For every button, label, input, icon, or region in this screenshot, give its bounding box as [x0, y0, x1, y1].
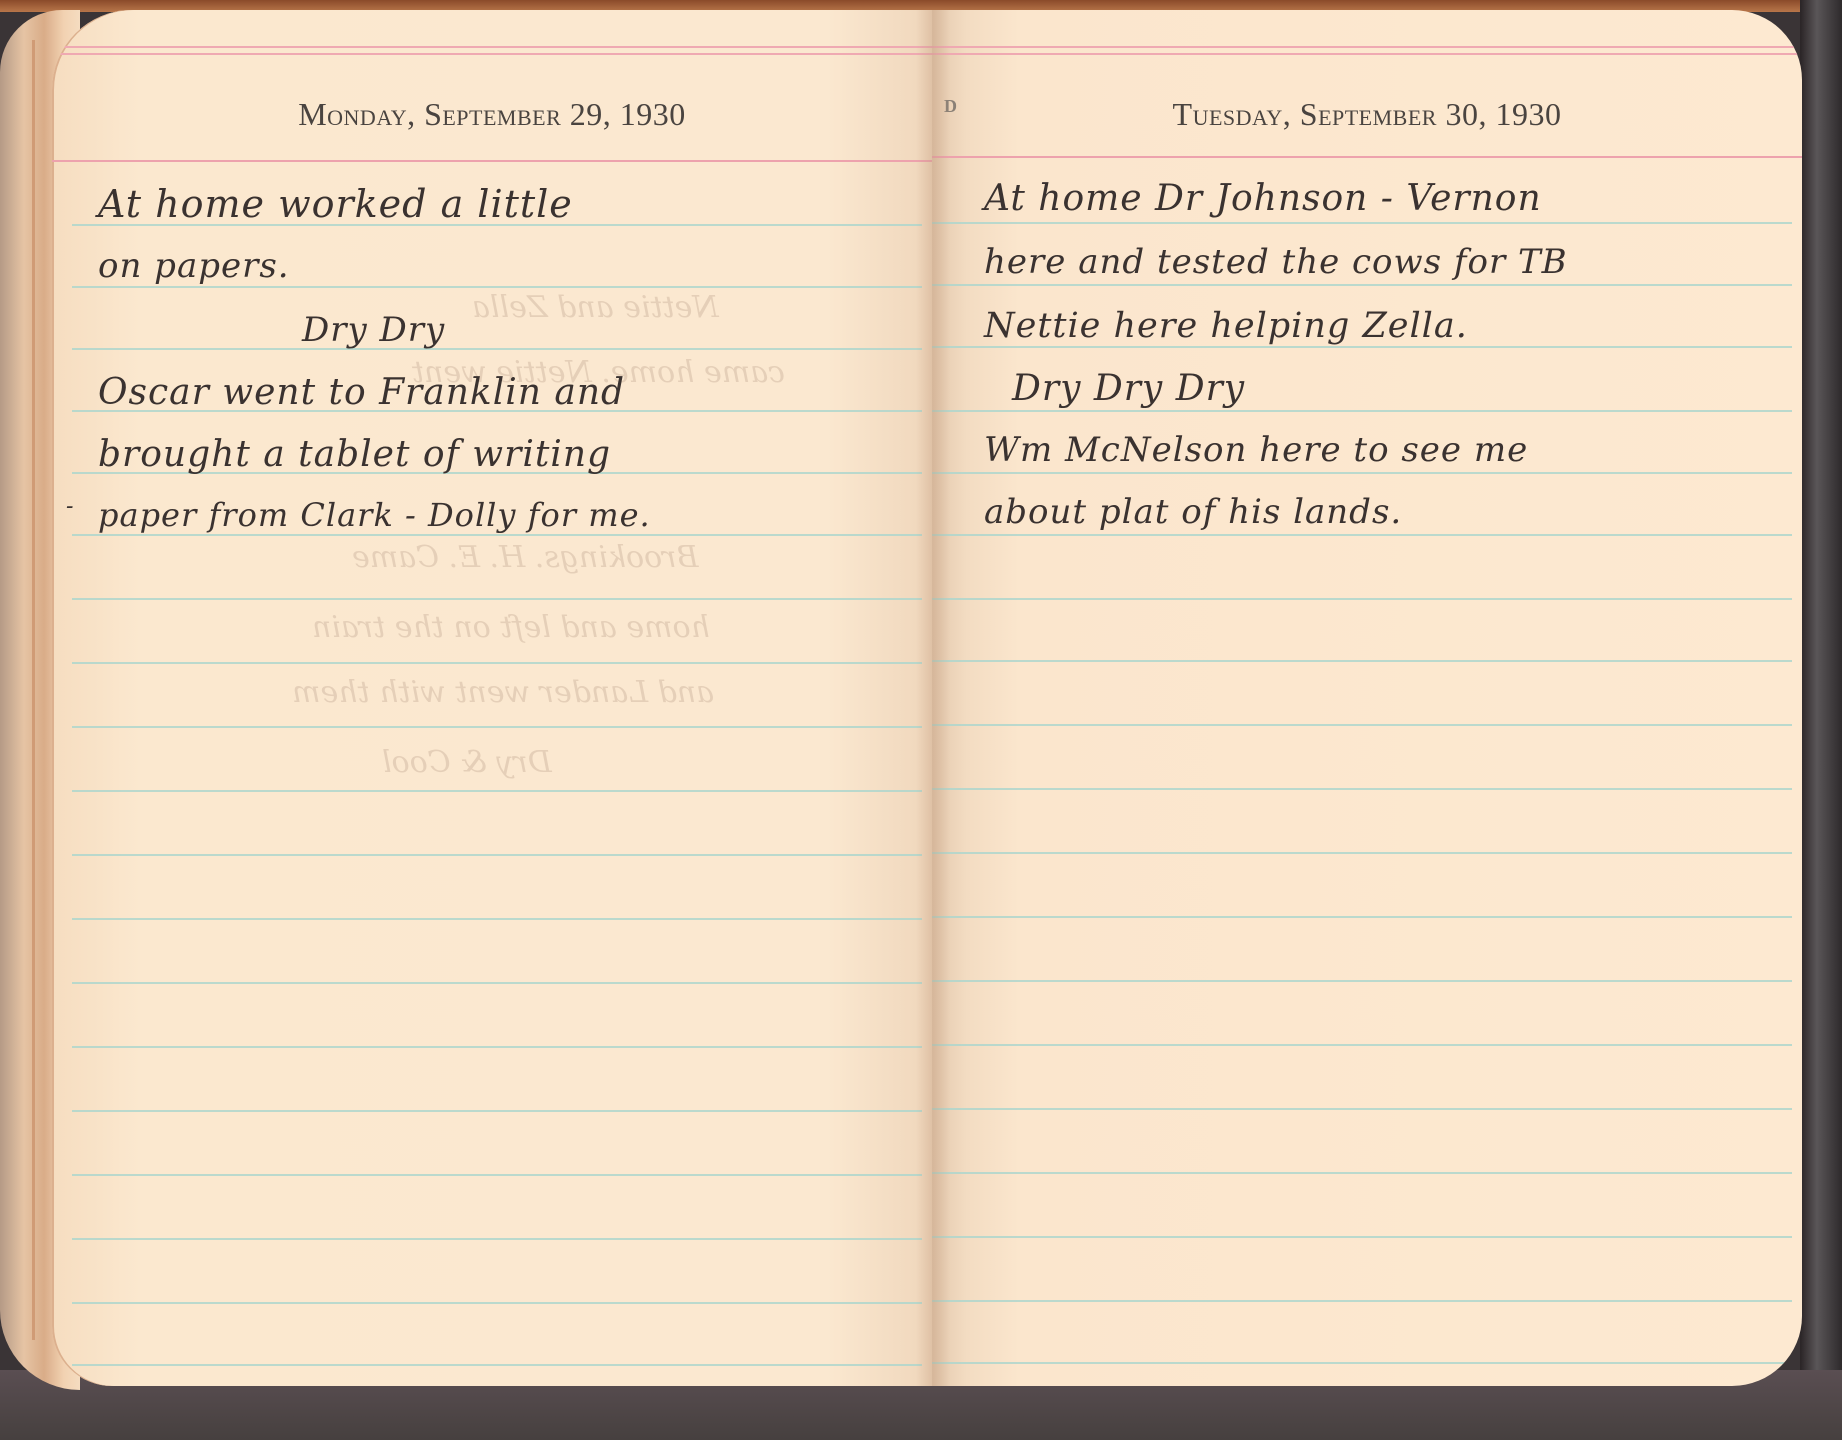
diary-entry-line: Dry Dry Dry — [1012, 368, 1245, 409]
diary-entry-line: here and tested the cows for TB — [984, 242, 1568, 282]
bleed-through-text: Dry & Cool — [382, 745, 552, 780]
diary-entry-line: At home Dr Johnson - Vernon — [984, 178, 1542, 219]
bleed-through-text: Nettie and Zella — [472, 290, 719, 325]
page-header-date: Monday, September 29, 1930 — [52, 96, 932, 133]
ruled-line — [932, 660, 1792, 662]
bleed-through-text: and Lander went with them — [292, 675, 714, 710]
diary-entry-line: on papers. — [98, 246, 290, 286]
diary-entry-line: brought a tablet of writing — [98, 434, 611, 475]
book-cover-right-edge — [1800, 0, 1842, 1440]
pink-separator-rule — [932, 156, 1802, 158]
diary-page-left: Monday, September 29, 1930 Nettie and Ze… — [52, 10, 932, 1386]
diary-entry-line: Oscar went to Franklin and — [98, 372, 625, 413]
ruled-line — [932, 1236, 1792, 1238]
ruled-line — [932, 724, 1792, 726]
ruled-line — [72, 534, 922, 536]
ruled-line — [932, 788, 1792, 790]
diary-entry-line: paper from Clark - Dolly for me. — [98, 496, 651, 534]
ruled-line — [72, 854, 922, 856]
ruled-line — [932, 222, 1792, 224]
diary-entry-line: Dry Dry — [302, 310, 445, 350]
ruled-line — [72, 1174, 922, 1176]
ruled-line — [932, 598, 1792, 600]
ruled-line — [72, 1364, 922, 1366]
ruled-line — [932, 852, 1792, 854]
pink-separator-rule — [52, 160, 932, 162]
ruled-line — [72, 1302, 922, 1304]
ruled-line — [932, 1044, 1792, 1046]
ruled-line — [932, 1300, 1792, 1302]
ruled-line — [72, 662, 922, 664]
pink-header-rule — [932, 46, 1802, 48]
pink-header-rule — [932, 53, 1802, 55]
diary-entry-line: Nettie here helping Zella. — [984, 306, 1468, 346]
ruled-line — [72, 982, 922, 984]
pink-header-rule — [52, 46, 932, 48]
ruled-line — [72, 726, 922, 728]
ruled-line — [72, 918, 922, 920]
ruled-line — [932, 916, 1792, 918]
ruled-line — [932, 1108, 1792, 1110]
bleed-through-text: home and left on the train — [312, 610, 710, 645]
ruled-line — [932, 1362, 1792, 1364]
ruled-line — [932, 472, 1792, 474]
diary-entry-line: Wm McNelson here to see me — [984, 430, 1528, 470]
ruled-line — [932, 534, 1792, 536]
ruled-line — [72, 286, 922, 288]
diary-entry-line: about plat of his lands. — [984, 492, 1402, 532]
bleed-through-text: Brookings. H. E. Came — [352, 540, 699, 575]
ruled-line — [72, 1110, 922, 1112]
margin-dash-mark: - — [66, 494, 74, 519]
ruled-line — [932, 980, 1792, 982]
ruled-line — [72, 598, 922, 600]
ruled-line — [932, 284, 1792, 286]
pink-header-rule — [52, 53, 932, 55]
ruled-line — [72, 1046, 922, 1048]
ruled-line — [72, 790, 922, 792]
ruled-line — [932, 346, 1792, 348]
ruled-line — [932, 1172, 1792, 1174]
page-header-date: Tuesday, September 30, 1930 — [932, 96, 1802, 133]
diary-entry-line: At home worked a little — [98, 182, 573, 226]
diary-page-right: D Tuesday, September 30, 1930 At home Dr… — [932, 10, 1802, 1386]
ruled-line — [932, 410, 1792, 412]
ruled-line — [72, 1238, 922, 1240]
ruled-line — [72, 348, 922, 350]
